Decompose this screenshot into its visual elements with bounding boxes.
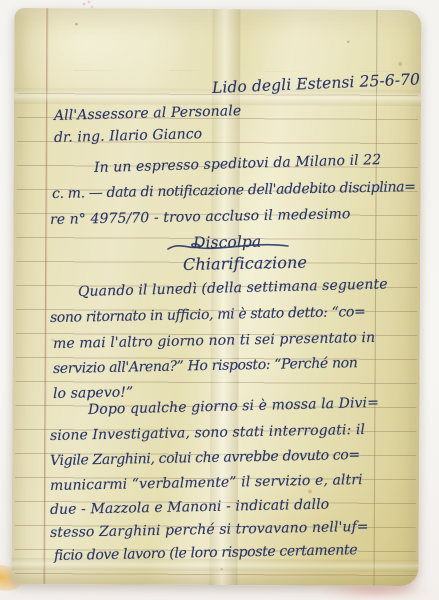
letter-heading: Chiarificazione (183, 253, 307, 274)
body-line: lo sapevo!” (53, 384, 134, 402)
photo-of-letter: Lido degli Estensi 25-6-70 All'Assessore… (0, 0, 439, 600)
strikethrough-line (166, 238, 290, 254)
